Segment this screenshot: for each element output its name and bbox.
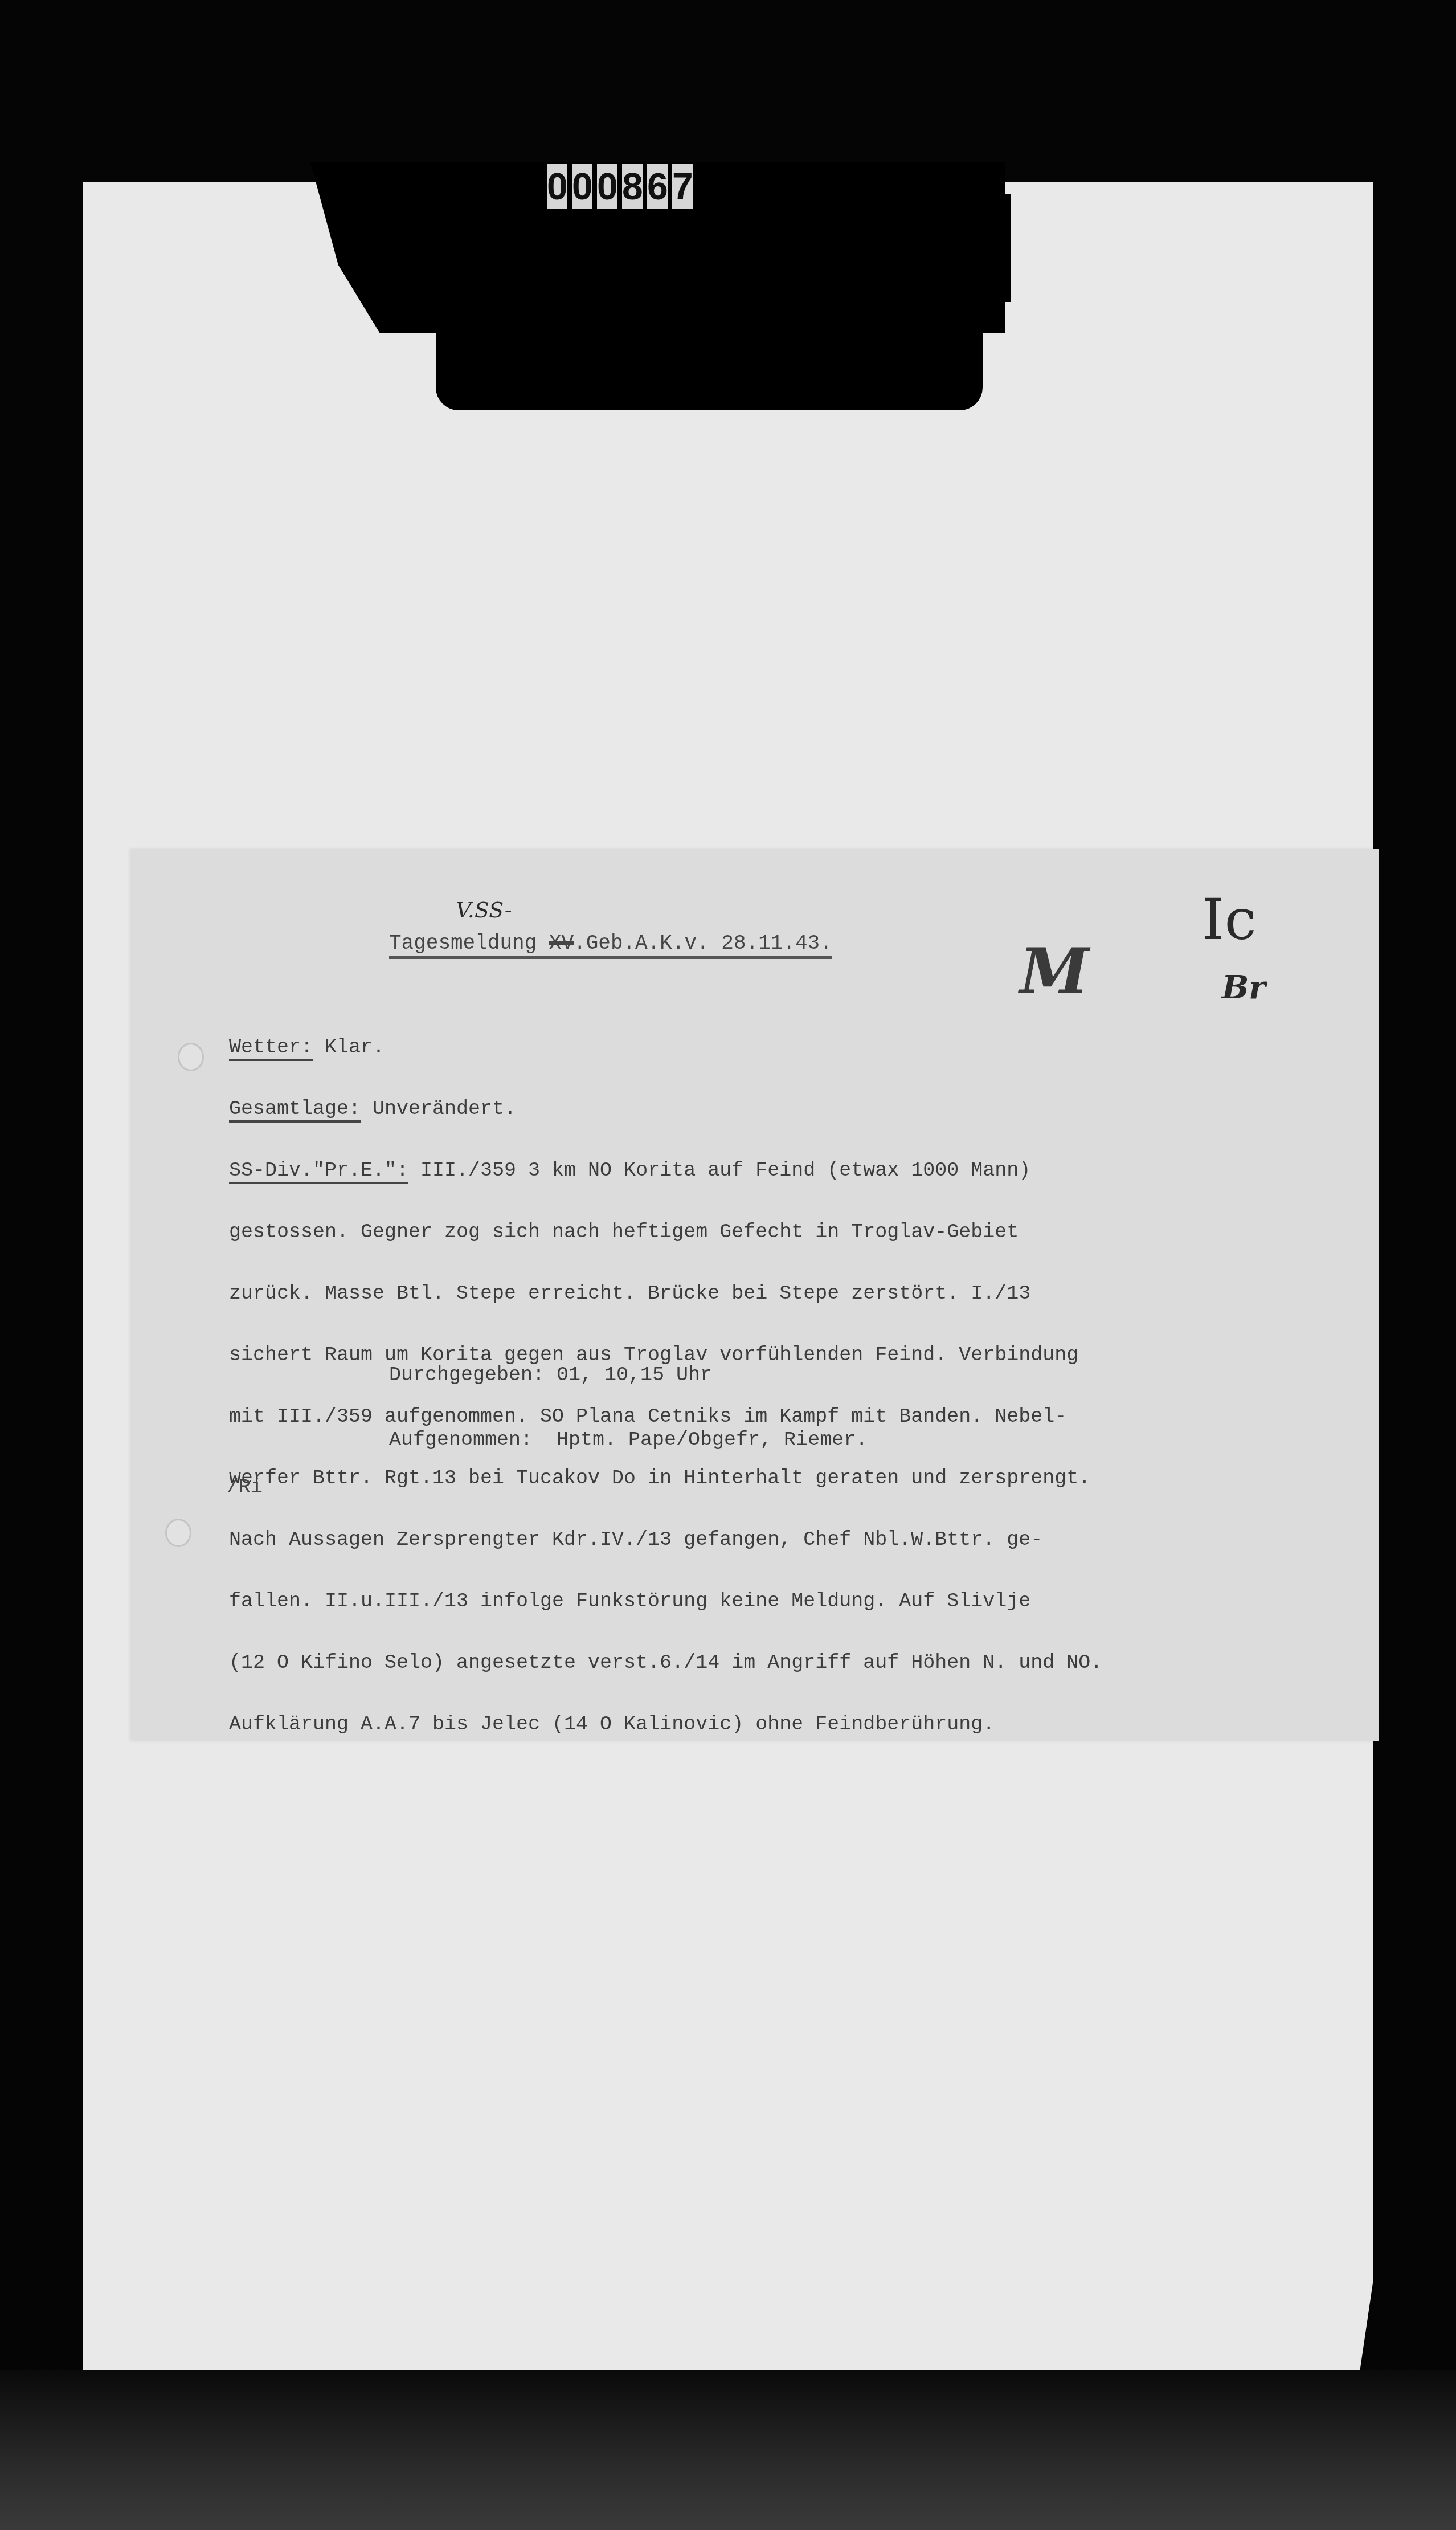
received-label: Aufgenommen:: [389, 1429, 533, 1451]
body-line: gestossen. Gegner zog sich nach heftigem…: [229, 1222, 1102, 1242]
transmission-info: Durchgegeben: 01, 10,15 Uhr Aufgenommen:…: [389, 1321, 868, 1472]
frame-counter: 0 0 0 8 6 7: [547, 164, 693, 209]
handwritten-dept: Ic: [1202, 886, 1257, 953]
title-struck-corps: XV: [549, 932, 574, 955]
counter-digit: 6: [647, 164, 668, 209]
frame-counter-body: [436, 228, 983, 410]
section-label: SS-Div."Pr.E.":: [229, 1159, 408, 1184]
transmitted-value: 01, 10,15 Uhr: [545, 1364, 712, 1386]
body-line: fallen. II.u.III./13 infolge Funkstörung…: [229, 1591, 1102, 1611]
typist-reference: /Ri: [227, 1476, 263, 1499]
received-value: Hptm. Pape/Obgefr, Riemer.: [533, 1429, 868, 1451]
section-text: Klar.: [313, 1036, 385, 1059]
report-title: Tagesmeldung XV.Geb.A.K.v. 28.11.43.: [389, 932, 832, 959]
section-label: Wetter:: [229, 1036, 313, 1061]
counter-digit: 0: [572, 164, 592, 209]
section-division: SS-Div."Pr.E.": III./359 3 km NO Korita …: [229, 1160, 1102, 1181]
title-suffix: .Geb.A.K.v. 28.11.43.: [574, 932, 832, 955]
body-line: Nach Aussagen Zersprengter Kdr.IV./13 ge…: [229, 1529, 1102, 1550]
section-weather: Wetter: Klar.: [229, 1037, 1102, 1058]
punch-hole-icon: [165, 1519, 191, 1547]
film-border-bottom: [0, 2370, 1456, 2530]
handwritten-correction: V.SS-: [456, 897, 512, 923]
section-text: Unverändert.: [361, 1097, 516, 1120]
body-line: Aufklärung A.A.7 bis Jelec (14 O Kalinov…: [229, 1714, 1102, 1735]
counter-digit: 0: [597, 164, 617, 209]
punch-hole-icon: [178, 1043, 204, 1071]
section-text: III./359 3 km NO Korita auf Feind (etwax…: [408, 1159, 1030, 1182]
section-label: Gesamtlage:: [229, 1097, 361, 1123]
title-prefix: Tagesmeldung: [389, 932, 549, 955]
body-line: (12 O Kifino Selo) angesetzte verst.6./1…: [229, 1652, 1102, 1673]
body-line: zurück. Masse Btl. Stepe erreicht. Brück…: [229, 1283, 1102, 1304]
counter-digit: 7: [672, 164, 693, 209]
frame-counter-tab: [988, 194, 1011, 302]
handwritten-dept-sub: Br: [1222, 969, 1266, 1006]
transmitted-label: Durchgegeben:: [389, 1364, 545, 1386]
transmitted-line: Durchgegeben: 01, 10,15 Uhr: [389, 1364, 868, 1386]
received-line: Aufgenommen: Hptm. Pape/Obgefr, Riemer.: [389, 1429, 868, 1451]
counter-digit: 8: [622, 164, 643, 209]
counter-digit: 0: [547, 164, 567, 209]
section-overall-situation: Gesamtlage: Unverändert.: [229, 1099, 1102, 1119]
